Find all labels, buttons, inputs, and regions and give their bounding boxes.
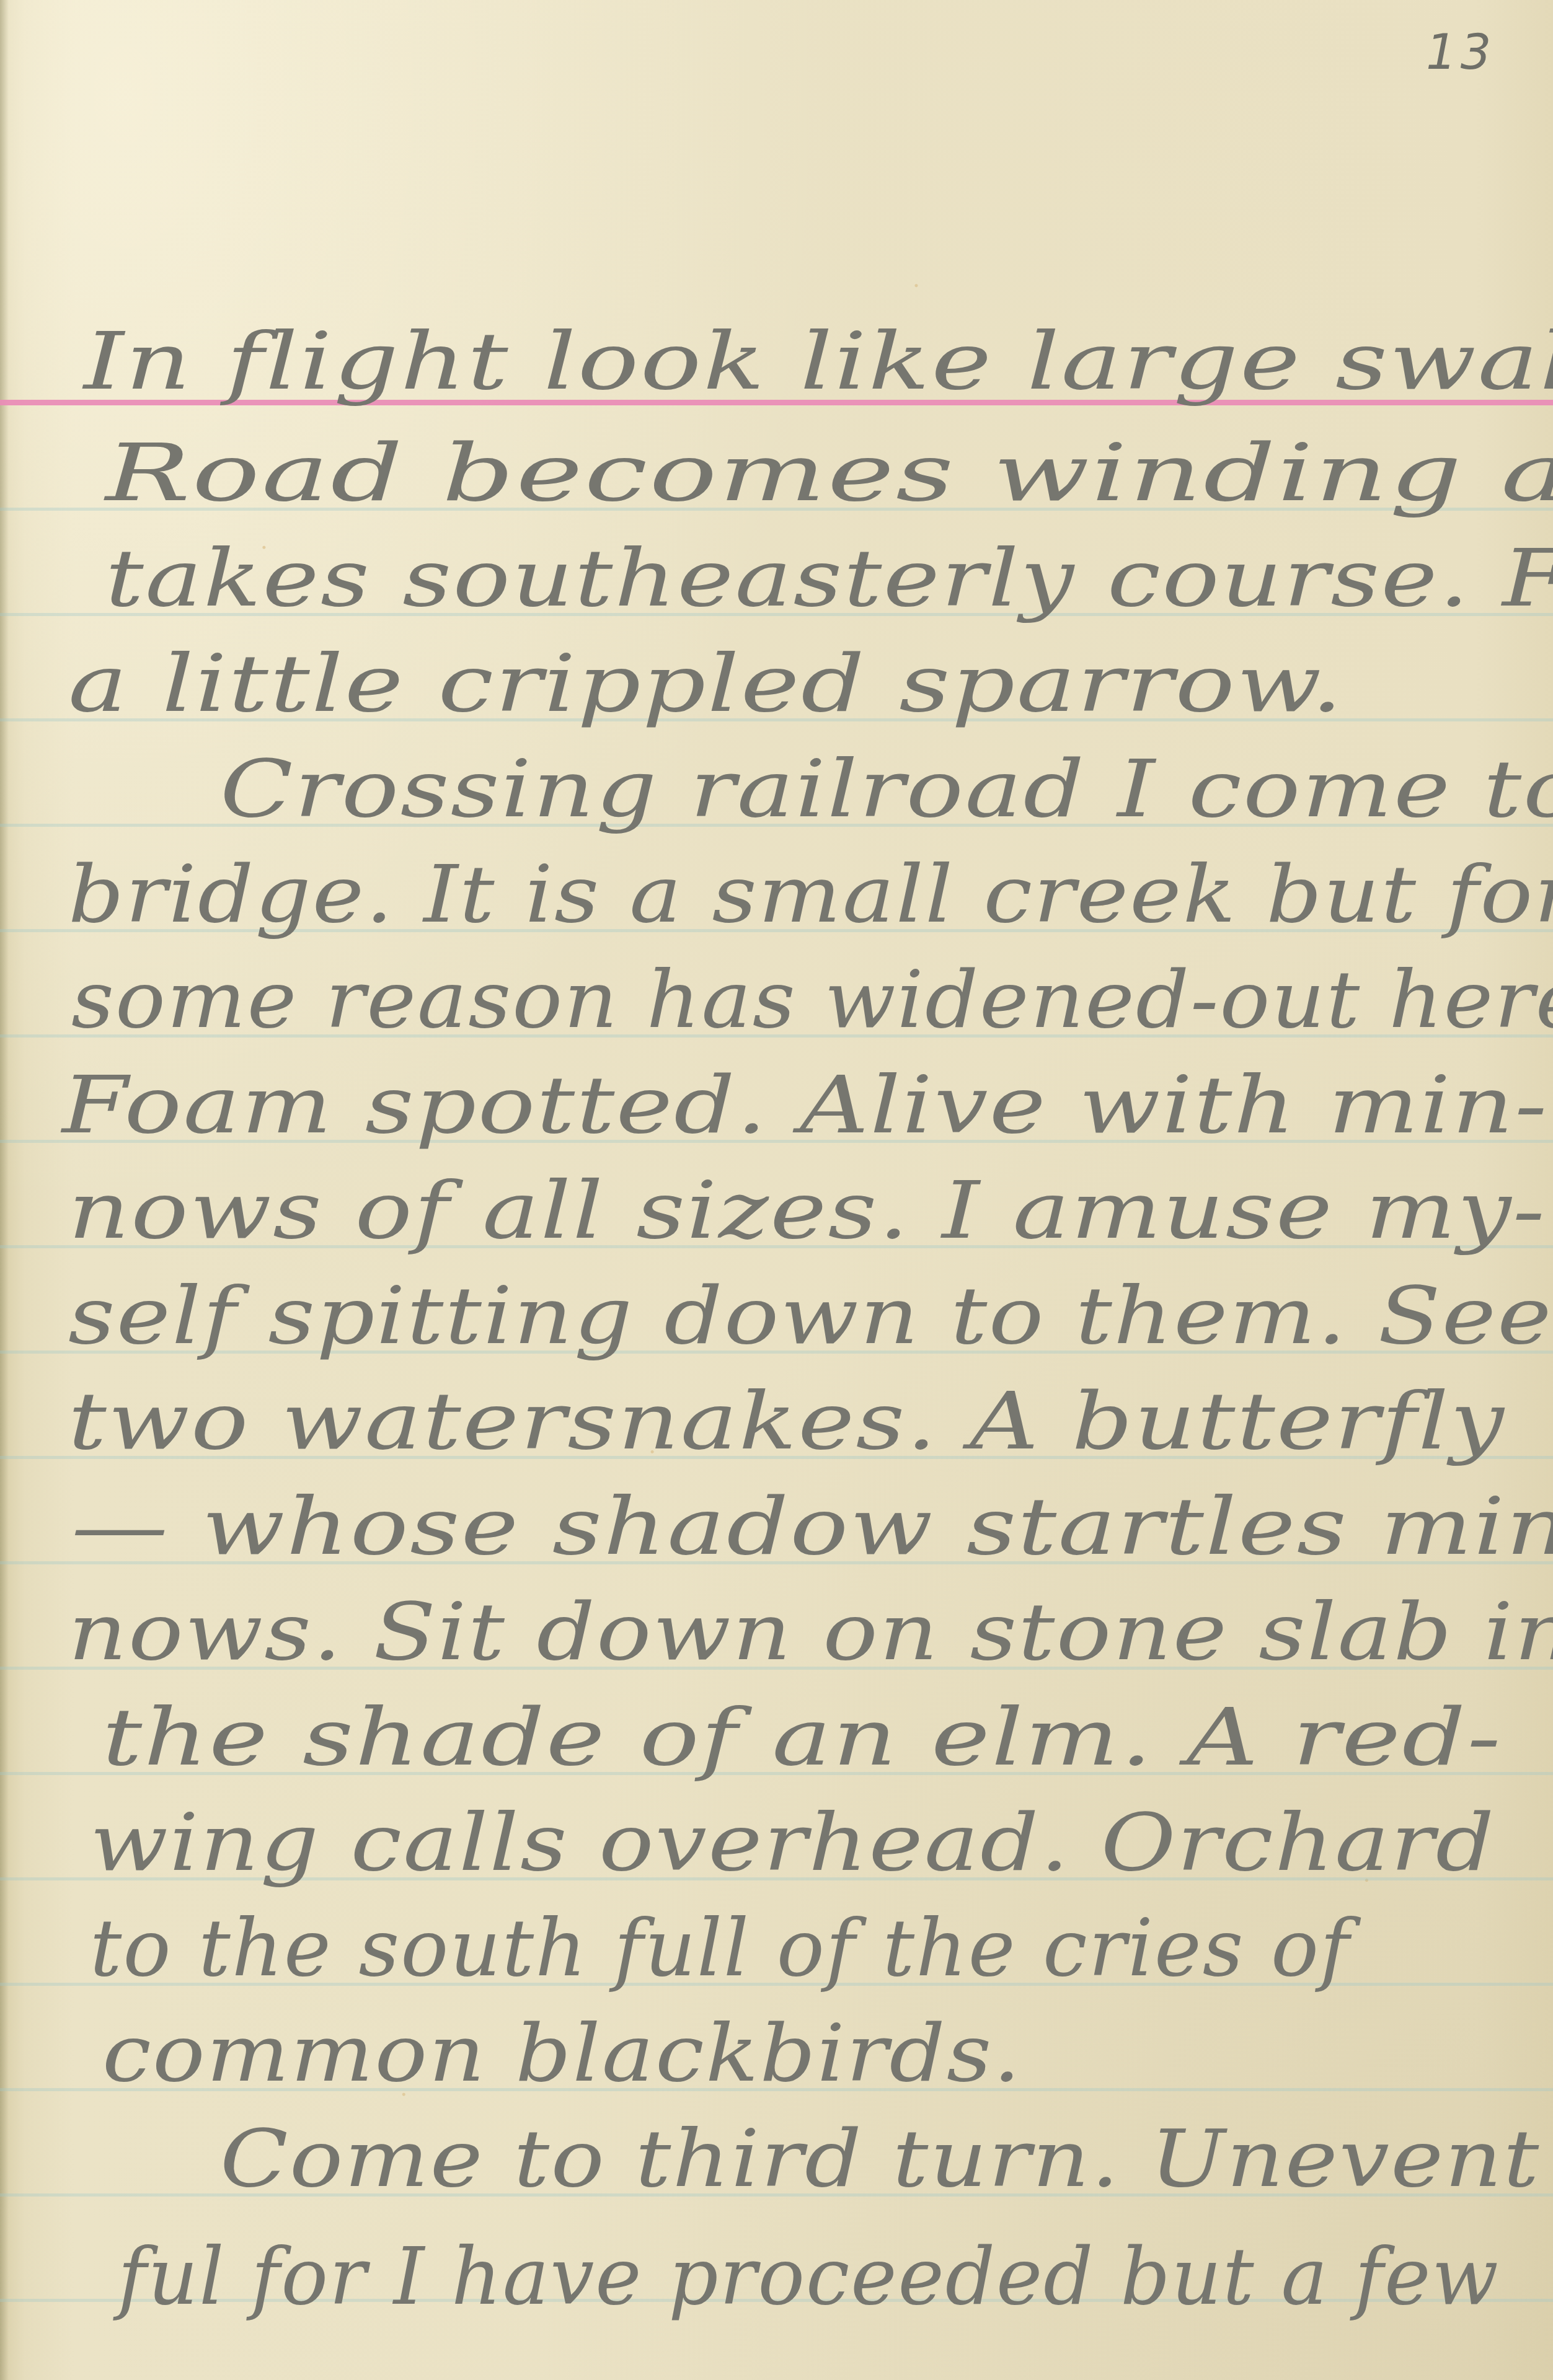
text-line: a little crippled sparrow. [68, 645, 1344, 724]
text-line: ful for I have proceeded but a few [118, 2237, 1500, 2317]
text-line: two watersnakes. A butterfly [68, 1382, 1505, 1461]
text-line: takes southeasterly course. Find [105, 539, 1553, 619]
text-line: nows. Sit down on stone slab in [68, 1593, 1553, 1672]
text-line: In flight look like large swallows. [84, 322, 1553, 402]
text-line: to the south full of the cries of [90, 1909, 1350, 1988]
text-line: — whose shadow startles min- [71, 1487, 1553, 1567]
text-line: bridge. It is a small creek but for [68, 855, 1553, 935]
journal-page: 13 In flight look like large swallows. R… [0, 0, 1553, 2380]
text-line: Road becomes winding and, [105, 434, 1553, 513]
binding-edge-shadow [0, 0, 9, 2380]
text-line: Foam spotted. Alive with min- [62, 1066, 1549, 1145]
text-line: some reason has widened-out here. [71, 961, 1553, 1040]
text-line: Come to third turn. Unevent [220, 2120, 1541, 2199]
text-line: common blackbirds. [102, 2014, 1022, 2094]
text-line: wing calls overhead. Orchard [90, 1804, 1495, 1883]
text-line: self spitting down to them. See [68, 1277, 1553, 1356]
text-line: the shade of an elm. A red- [102, 1698, 1502, 1778]
text-line: nows of all sizes. I amuse my- [68, 1171, 1546, 1251]
text-line: Crossing railroad I come to [220, 750, 1553, 829]
page-number: 13 [1426, 25, 1495, 81]
